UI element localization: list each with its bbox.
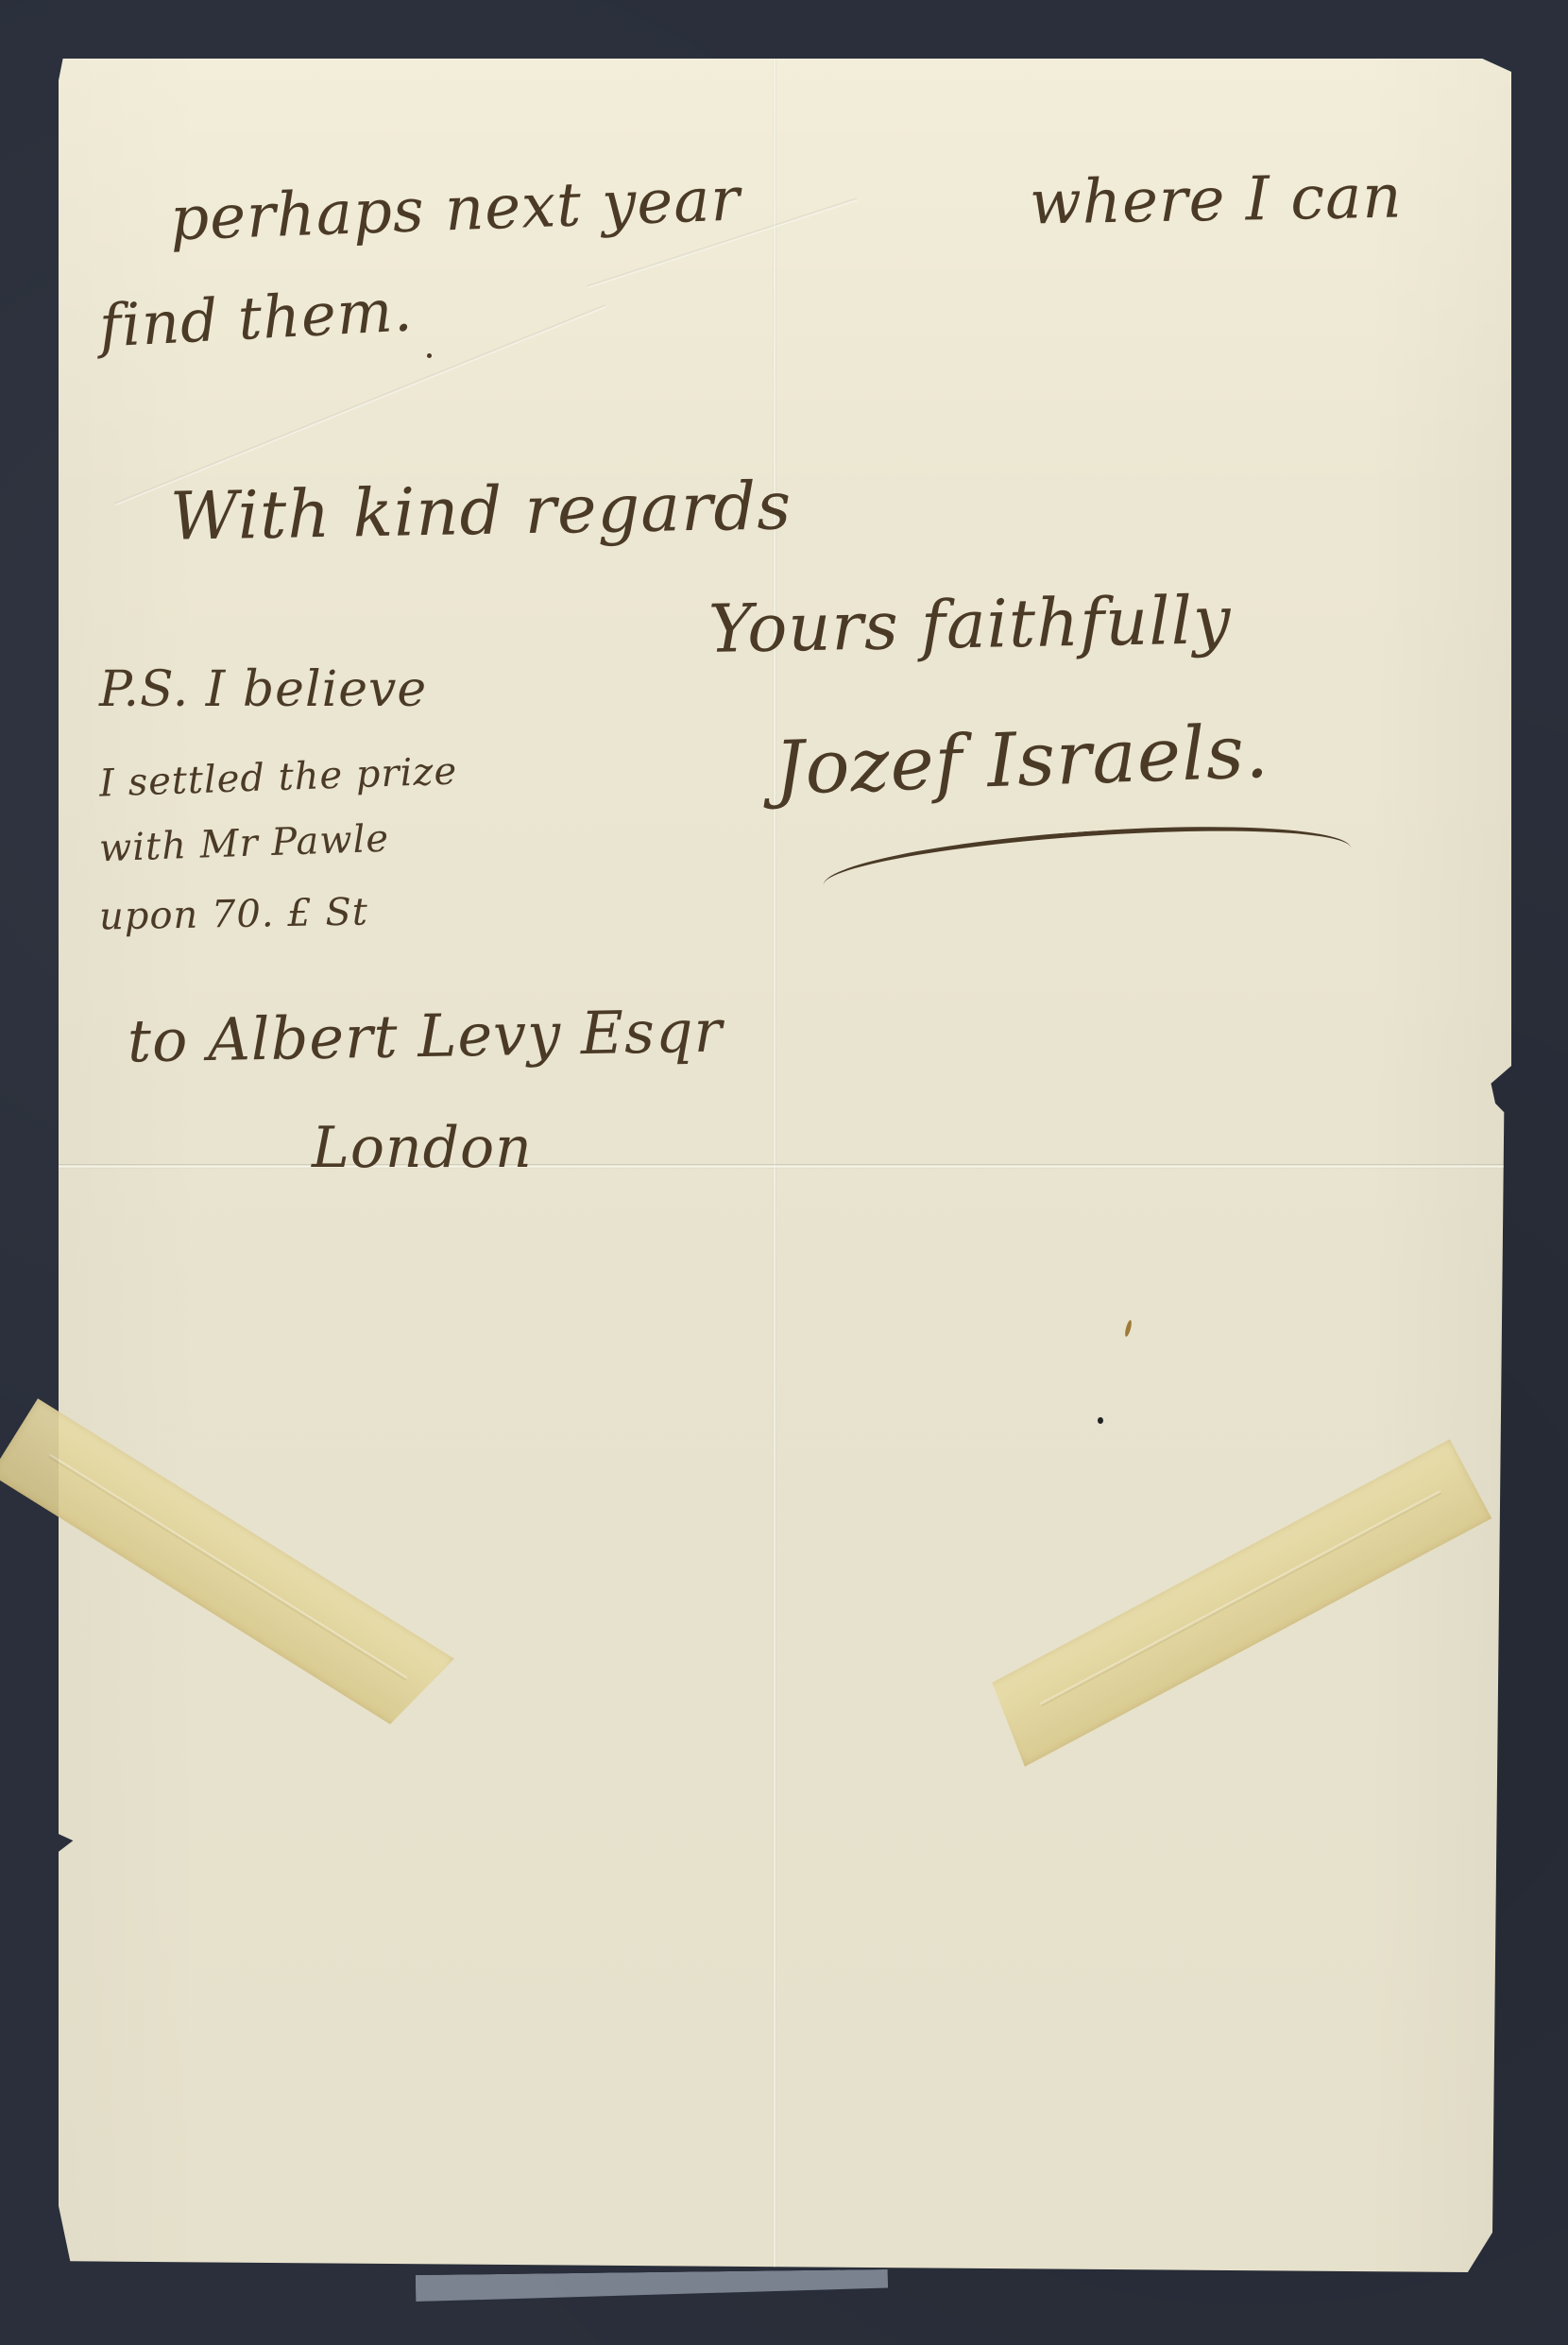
ink-speck xyxy=(1124,1320,1133,1338)
letter-sheet xyxy=(59,59,1511,2272)
letter-closing: With kind regards xyxy=(169,467,792,555)
signature: Jozef Israels. xyxy=(774,710,1271,812)
letter-valediction: Yours faithfully xyxy=(707,581,1232,668)
postscript-line-4: upon 70. £ St xyxy=(99,891,369,939)
ink-speck xyxy=(427,353,432,358)
recipient-address-line-1: to Albert Levy Esqr xyxy=(127,997,723,1076)
letter-body-line-1-right: where I can xyxy=(1029,163,1403,239)
ink-speck xyxy=(1098,1417,1103,1424)
horizontal-fold-line xyxy=(59,1164,1511,1169)
postscript-line-1: P.S. I believe xyxy=(99,661,427,718)
recipient-address-line-2: London xyxy=(312,1115,533,1181)
